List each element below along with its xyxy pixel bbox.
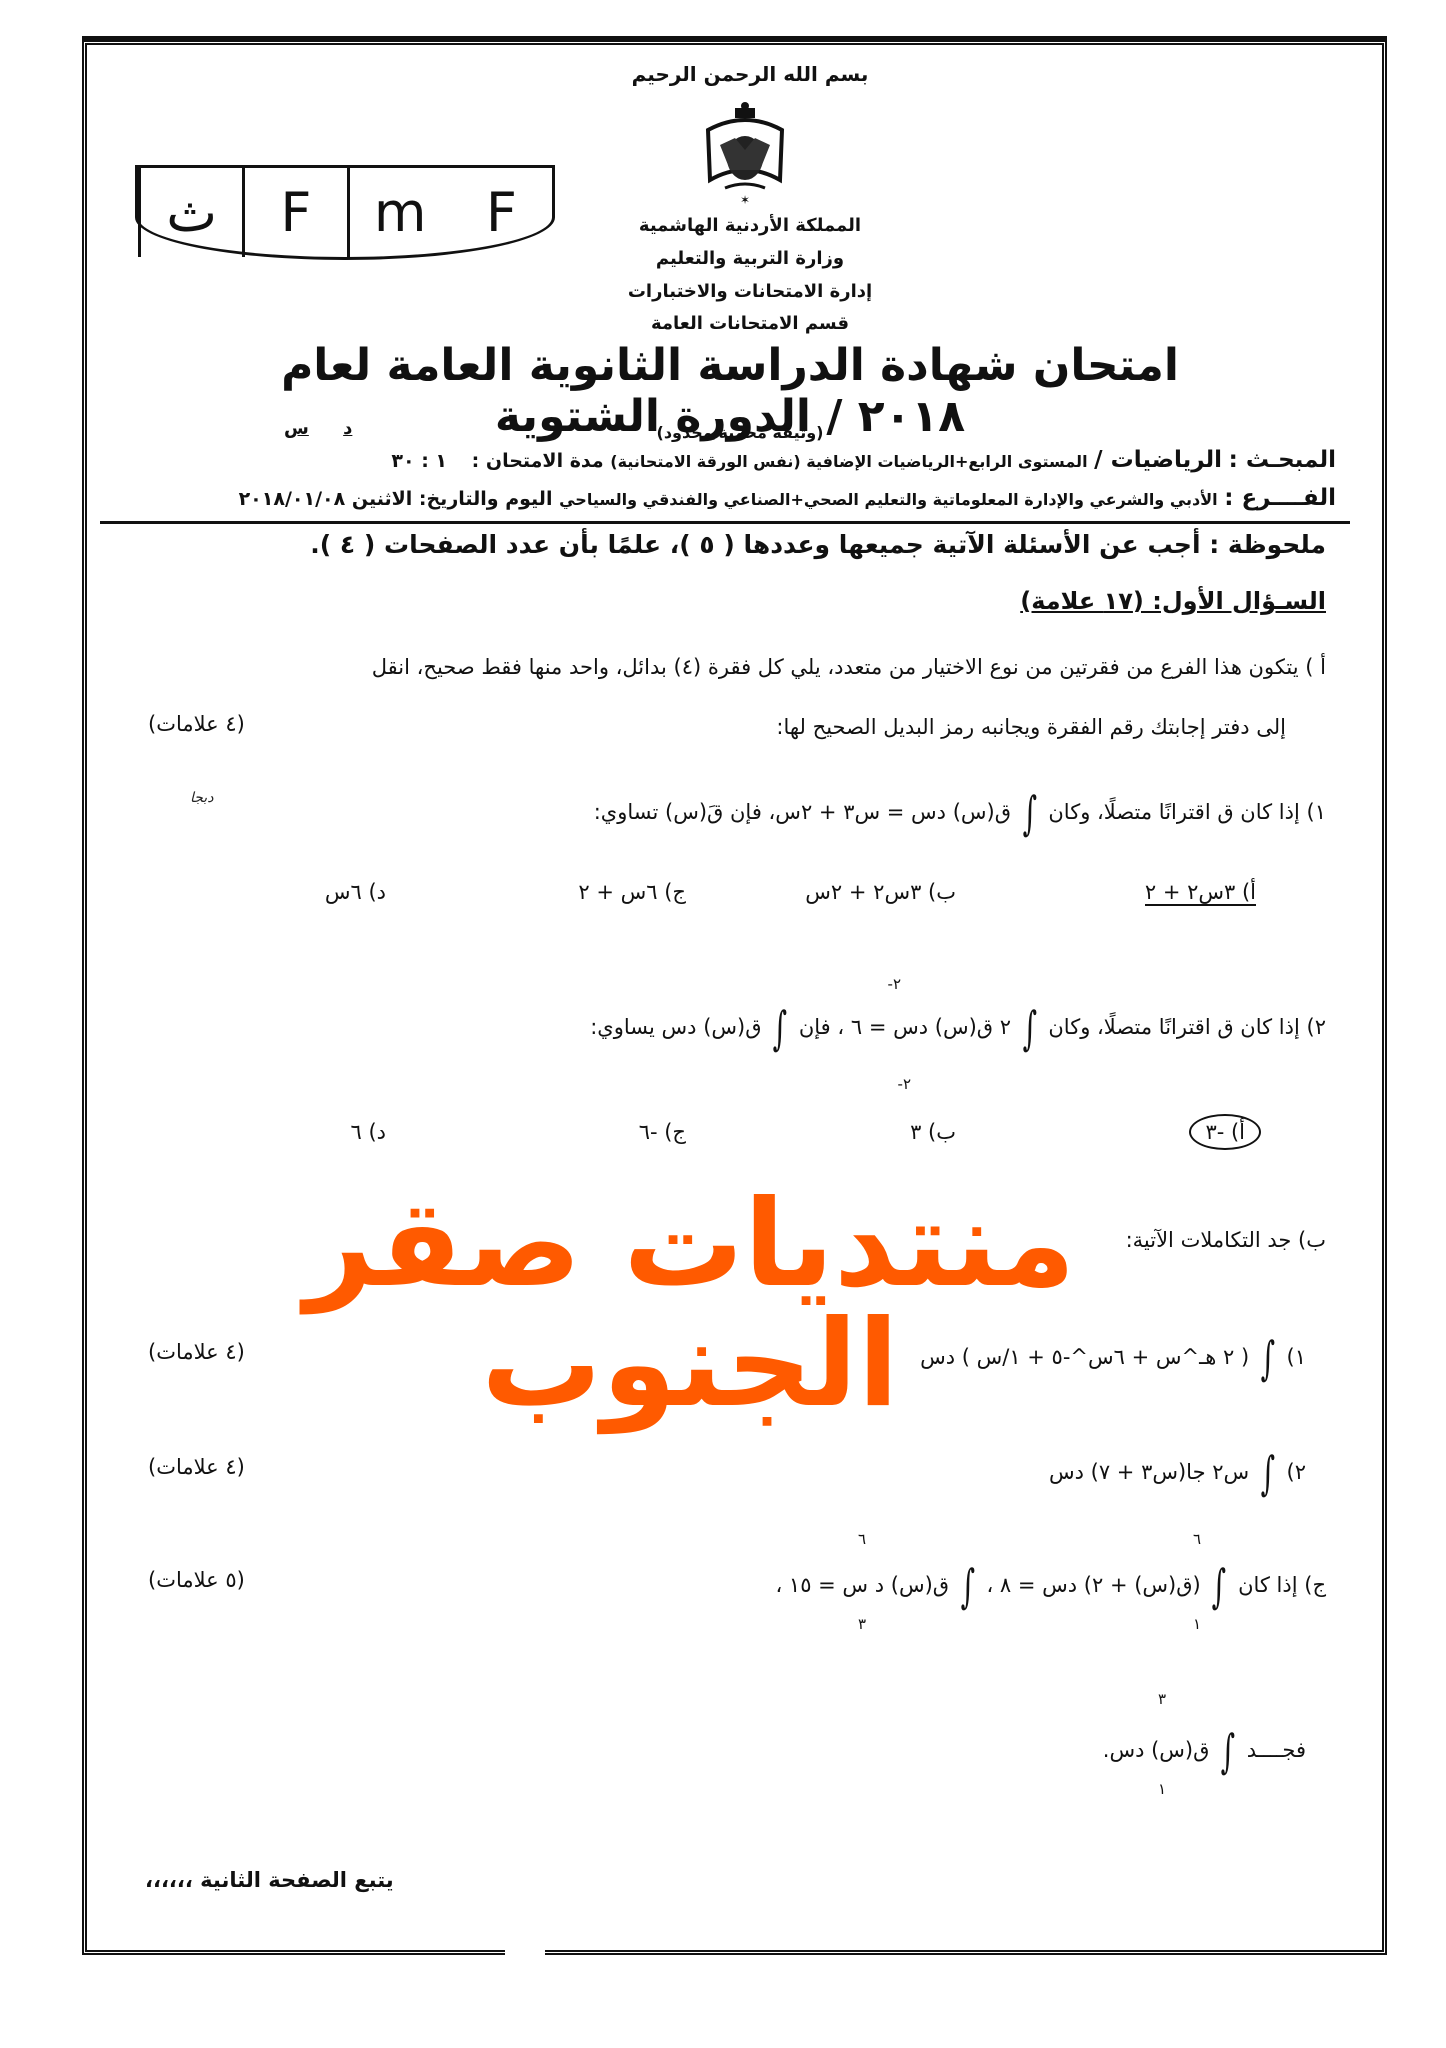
upper-limit: ٣ <box>1158 1690 1166 1708</box>
question-1-title: السـؤال الأول: (١٧ علامة) <box>1020 587 1326 615</box>
duration-units: د س <box>270 418 366 439</box>
integral-sign-icon: ∫ <box>773 1005 787 1051</box>
duration-value: ١ : ٣٠ <box>391 450 447 472</box>
lower-limit: ٢- <box>898 1075 911 1093</box>
header-divider <box>100 521 1350 524</box>
mcq-1-integrand: ق(س) دس = س٣ + ٢س، فإن قَ(س) تساوي: <box>594 800 1011 824</box>
item-number: ٢) <box>1287 1460 1306 1484</box>
part-c-label: ج) إذا كان <box>1238 1573 1326 1597</box>
code-cell: ث <box>138 168 242 257</box>
part-b-item-2: ٢) ∫ س٢ جا(س٣ + ٧) دس <box>1049 1450 1306 1496</box>
mcq-2-integrand: ٢ ق(س) دس = ٦ <box>851 1015 1011 1039</box>
part-a-intro-line1: أ ) يتكون هذا الفرع من فقرتين من نوع الا… <box>130 652 1326 684</box>
gov-line-kingdom: المملكة الأردنية الهاشمية <box>560 215 940 236</box>
part-a-marks: (٤ علامات) <box>148 712 245 736</box>
subject-detail: المستوى الرابع+الرياضيات الإضافية (نفس ا… <box>610 452 1087 471</box>
handwritten-note: دبجا <box>190 790 213 806</box>
gov-line-exams-dept: إدارة الامتحانات والاختبارات <box>560 281 940 302</box>
continue-next-page: يتبع الصفحة الثانية ،،،،،، <box>145 1868 394 1892</box>
branch-label: الفــــرع : <box>1224 485 1336 511</box>
integral-sign-icon: ∫ <box>1023 1005 1037 1051</box>
mcq-1-option-a[interactable]: أ) ٣س٢ + ٢ <box>1145 880 1256 904</box>
part-c-marks: (٥ علامات) <box>148 1568 245 1592</box>
subject-label: المبحـث : <box>1229 447 1336 473</box>
part-c-given: ج) إذا كان ∫ (ق(س) + ٢) دس = ٨ ، ∫ ق(س) … <box>775 1563 1326 1609</box>
upper-limit: ٦ <box>858 1530 866 1548</box>
mcq-2-number: ٢) <box>1307 1015 1326 1039</box>
part-b-item-1: ١) ∫ ( ٢ هـ^س + ٦س^-٥ + ١/س ) دس <box>920 1335 1306 1381</box>
date-label: اليوم والتاريخ: <box>419 488 553 510</box>
border-gap <box>505 1946 545 1962</box>
integral-expression: س٢ جا(س٣ + ٧) دس <box>1049 1460 1249 1484</box>
mcq-2-option-a[interactable]: أ) -٣ <box>1189 1120 1261 1144</box>
svg-text:✶: ✶ <box>740 193 750 207</box>
code-cell: m <box>347 168 451 257</box>
mcq-2-middle: ، فإن <box>799 1015 844 1039</box>
lower-limit: ١ <box>1193 1615 1201 1633</box>
integral-sign-icon: ∫ <box>1261 1450 1275 1496</box>
mcq-1-stem: ١) إذا كان ق اقترانًا متصلًا، وكان ∫ ق(س… <box>594 790 1326 836</box>
mcq-1-text: إذا كان ق اقترانًا متصلًا، وكان <box>1048 800 1299 824</box>
watermark: منتديات صقر الجنوب <box>100 1185 1280 1425</box>
jordan-coat-of-arms-icon: ✶ <box>700 100 790 210</box>
code-cell: F <box>242 168 346 257</box>
date-value: الاثنين ٢٠١٨/٠١/٠٨ <box>239 488 413 510</box>
find-label: فجــــد <box>1247 1738 1306 1762</box>
integral-expression: ( ٢ هـ^س + ٦س^-٥ + ١/س ) دس <box>920 1345 1249 1369</box>
mcq-2-text: إذا كان ق اقترانًا متصلًا، وكان <box>1048 1015 1299 1039</box>
exam-note: ملحوظة : أجب عن الأسئلة الآتية جميعها وع… <box>310 530 1326 559</box>
upper-limit: ٢- <box>888 975 901 993</box>
lower-limit: ١ <box>1158 1780 1166 1798</box>
integral-sign-icon: ∫ <box>1261 1335 1275 1381</box>
mcq-2-option-b[interactable]: ب) ٣ <box>910 1120 956 1144</box>
hours-unit: س <box>284 418 309 439</box>
exam-code-box: ث F m F <box>135 165 555 260</box>
find-expression: ق(س) دس. <box>1103 1738 1210 1762</box>
mcq-2-integrand2: ق(س) دس يساوي: <box>590 1015 761 1039</box>
integral-sign-icon: ∫ <box>1221 1728 1235 1774</box>
gov-line-general-exams: قسم الامتحانات العامة <box>560 313 940 334</box>
upper-limit: ٦ <box>1193 1530 1201 1548</box>
item-number: ١) <box>1287 1345 1306 1369</box>
mcq-1-option-c[interactable]: ج) ٦س + ٢ <box>578 880 686 904</box>
gov-line-ministry: وزارة التربية والتعليم <box>560 248 940 269</box>
code-cell: F <box>451 168 552 257</box>
minutes-unit: د <box>343 418 352 439</box>
lower-limit: ٣ <box>858 1615 866 1633</box>
part-b-2-marks: (٤ علامات) <box>148 1455 245 1479</box>
part-c-expr1: (ق(س) + ٢) دس = ٨ ، <box>986 1573 1200 1597</box>
mcq-1-number: ١) <box>1307 800 1326 824</box>
subject-line: المبحـث : الرياضيات / المستوى الرابع+الر… <box>110 447 1336 473</box>
mcq-1-option-d[interactable]: د) ٦س <box>325 880 386 904</box>
mcq-1-option-b[interactable]: ب) ٣س٢ + ٢س <box>805 880 956 904</box>
duration-label: مدة الامتحان : <box>472 450 604 472</box>
part-c-expr2: ق(س) د س = ١٥ ، <box>775 1573 949 1597</box>
branch-value: الأدبي والشرعي والإدارة المعلوماتية والت… <box>559 490 1218 509</box>
protected-label: (وثيقة محمية/محدود) <box>610 423 870 442</box>
part-a-intro-line2: إلى دفتر إجابتك رقم الفقرة ويجانبه رمز ا… <box>776 712 1286 744</box>
mcq-2-stem: ٢) إذا كان ق اقترانًا متصلًا، وكان ∫ ٢ ق… <box>590 1005 1326 1051</box>
basmala: بسم الله الرحمن الرحيم <box>560 62 940 86</box>
integral-sign-icon: ∫ <box>1212 1563 1226 1609</box>
integral-sign-icon: ∫ <box>961 1563 975 1609</box>
mcq-2-option-d[interactable]: د) ٦ <box>350 1120 386 1144</box>
integral-sign-icon: ∫ <box>1023 790 1037 836</box>
mcq-2-option-c[interactable]: ج) -٦ <box>639 1120 686 1144</box>
branch-line: الفــــرع : الأدبي والشرعي والإدارة المع… <box>110 485 1336 511</box>
part-c-find: فجــــد ∫ ق(س) دس. <box>1103 1728 1306 1774</box>
part-b-1-marks: (٤ علامات) <box>148 1340 245 1364</box>
subject-value: الرياضيات / <box>1094 447 1222 473</box>
